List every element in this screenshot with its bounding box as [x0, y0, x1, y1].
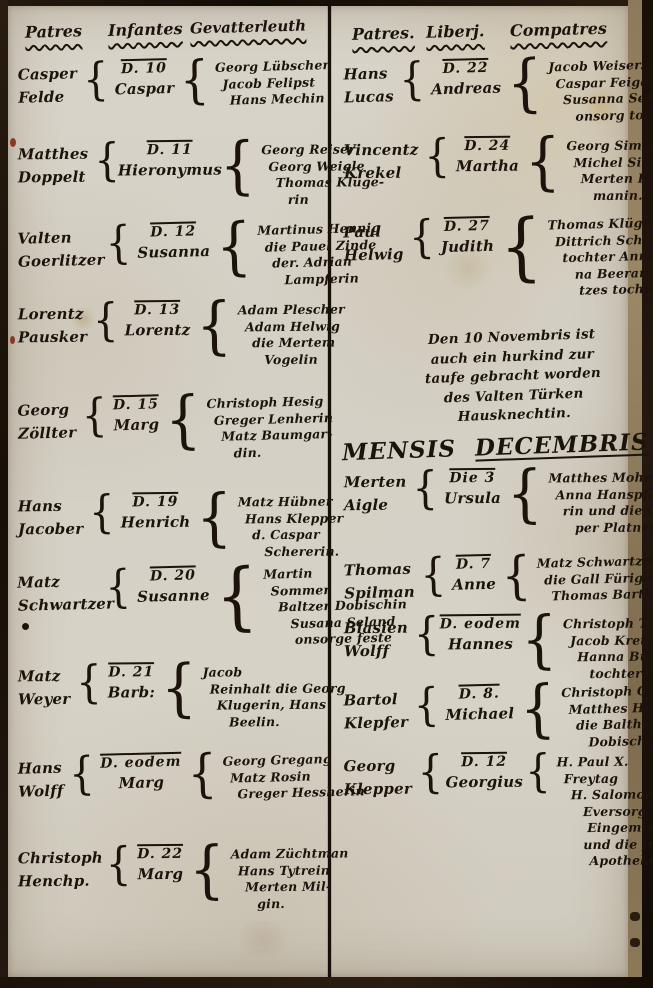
godparent-line: Jacob Kretschmer	[570, 632, 653, 650]
godparent-line: rin und die Cas-	[563, 502, 653, 520]
left-register-column: Patres Infantes Gevatterleuth Casper Fel…	[14, 6, 326, 977]
child-name: Marg	[118, 773, 164, 792]
godparent-line: d. Caspar	[252, 526, 344, 543]
godparents: JacobReinhalt die GeorgKlugerin, HansBee…	[202, 662, 346, 730]
brace: {	[81, 395, 107, 436]
godparents: Christoph HesigGreger LenherinMatz Baumg…	[206, 392, 334, 462]
column-header-liberi: Liberj.	[426, 21, 485, 42]
child-name: Martha	[456, 157, 519, 176]
brace: {	[106, 844, 132, 885]
register-entry: Hans Wolff { D. eodem Marg { Georg Grega…	[17, 750, 324, 808]
godparent-line: Eversorg	[583, 803, 653, 820]
book-edge-left	[0, 0, 8, 988]
column-header-patres: Patres	[25, 21, 82, 41]
register-entry: Georg Klepper { D. 12 Georgius { H. Paul…	[343, 753, 626, 872]
godparent-line: Christoph Girth	[561, 682, 653, 702]
register-entry: Paul Helwig { D. 27 Judith { Thomas Klüg…	[343, 215, 627, 305]
entry-date: D. 13	[134, 302, 180, 318]
godparent-line: Christoph Titr.	[563, 615, 653, 633]
entry-date: D. 22	[137, 846, 183, 862]
godparent-line: Reinhalt die Georg	[210, 680, 346, 698]
brace: {	[525, 751, 551, 792]
godparent-line: Merten Mil-	[245, 878, 349, 895]
godparent-line: Vogelin	[264, 351, 345, 368]
brace: {	[399, 59, 425, 100]
register-entry: Matz Schwartzer { D. 20 Susanne { Martin…	[17, 564, 325, 655]
godparent-line: Matthes Mohe	[548, 469, 653, 487]
brace: {	[525, 134, 561, 191]
godparent-line: Beelin.	[229, 713, 346, 731]
godparent-line: Susanna Selbds	[563, 89, 653, 108]
godparents: Georg SimonMichel SimoninMerten Pilger-m…	[566, 136, 653, 204]
father-name: Paul Helwig	[343, 220, 404, 266]
register-entry: Thomas Spilman { D. 7 Anne { Matz Schwar…	[343, 553, 626, 610]
father-name: Christoph Henchp.	[18, 847, 100, 893]
child-name: Barb:	[108, 683, 155, 701]
register-entry: Christoph Henchp. { D. 22 Marg { Adam Zü…	[18, 845, 325, 915]
godparent-line: Dobischin.	[588, 732, 653, 751]
child-name: Susanne	[137, 586, 210, 606]
father-name: Vincentz Krekel	[344, 139, 419, 185]
father-name: Valten Goerlitzer	[17, 226, 100, 273]
brace: {	[69, 754, 95, 795]
entry-date: D. 19	[132, 494, 178, 510]
brace: {	[506, 56, 543, 113]
godparent-line: Schererin.	[264, 543, 344, 560]
brace: {	[89, 492, 115, 533]
brace: {	[94, 140, 120, 181]
brace: {	[418, 752, 444, 793]
godparents: Matthes MoheAnna Hanspfarre-rin und die …	[548, 468, 653, 536]
column-header-compatres: Compatres	[510, 19, 607, 41]
father-name: Lorentz Pausker	[18, 303, 88, 349]
child-name: Hieronymus	[118, 161, 222, 180]
godparent-line: Eingemischt	[587, 819, 653, 836]
godparents: Adam PlescherAdam Helwigdie MertemVogeli…	[238, 300, 346, 368]
brace: {	[412, 468, 438, 509]
brace: {	[187, 750, 217, 797]
book-edge-bottom	[0, 977, 653, 988]
column-header-infantes: Infantes	[108, 19, 183, 40]
child-name: Andreas	[431, 79, 501, 99]
father-name: Georg Zöllter	[17, 398, 76, 444]
entry-date: D. 20	[150, 567, 196, 584]
register-entry: Blasien Wolff { D. eodem Hannes { Christ…	[344, 615, 627, 684]
godparent-line: Jacob	[202, 663, 345, 681]
brace: {	[76, 662, 102, 703]
brace: {	[165, 392, 202, 449]
brace: {	[105, 567, 131, 608]
month-heading-word: MENSIS	[342, 435, 457, 466]
brace: {	[424, 136, 450, 177]
edge-mark	[630, 938, 640, 947]
register-entry: Matz Weyer { D. 21 Barb: { JacobReinhalt…	[18, 663, 325, 733]
father-name: Blasien Wolff	[344, 617, 408, 663]
godparent-line: die Mertem	[252, 334, 345, 351]
entry-date: D. 27	[444, 218, 490, 235]
brace: {	[519, 681, 556, 738]
brace: {	[215, 219, 252, 276]
brace: {	[161, 661, 197, 718]
godparent-line: tochter Anna. Rosi-	[562, 246, 653, 266]
godparent-line: din.	[234, 443, 335, 462]
brace: {	[499, 213, 543, 281]
register-entry: Lorentz Pausker { D. 13 Lorentz { Adam P…	[18, 301, 325, 371]
register-entry: Merten Aigle { Die 3 Ursula { Matthes Mo…	[344, 469, 627, 538]
godparents: Adam ZüchtmanHans TytreinMerten Mil-gin.	[231, 844, 349, 912]
brace: {	[179, 57, 209, 104]
godparents: Thomas KlügerDittrich Schlitterstochter …	[547, 212, 653, 300]
column-header-godparents: Gevatterleuth	[190, 16, 307, 37]
godparent-line: onsorg tochter	[575, 106, 653, 125]
right-register-column: Patres. Liberj. Compatres Hans Lucas { D…	[338, 6, 628, 977]
godparent-line: Hans Mechin	[230, 90, 331, 109]
godparents: Matz Schwartzerdie Gall FüriginThomas Ba…	[537, 551, 653, 605]
godparents: H. Paul X.FreytagH. SalomonEversorgEinge…	[557, 752, 653, 870]
entry-date: D. 10	[121, 60, 167, 77]
entry-date: D. 15	[113, 396, 159, 413]
father-name: Hans Wolff	[17, 757, 63, 803]
register-entry: Hans Jacober { D. 19 Henrich { Matz Hübn…	[18, 493, 325, 563]
entry-date: D. 7	[456, 556, 492, 573]
godparent-line: Adam Plescher	[238, 301, 345, 318]
november-note: Den 10 Novembris istauch ein hurkind zur…	[392, 324, 633, 430]
godparent-line: Thomas Barthgen.	[551, 585, 653, 605]
father-name: Georg Klepper	[343, 755, 411, 801]
register-entry: Matthes Doppelt { D. 11 Hieronymus { Geo…	[18, 141, 325, 211]
register-entry: Valten Goerlitzer { D. 12 Susanna { Mart…	[17, 220, 325, 294]
godparent-line: Adam Züchtman	[231, 845, 349, 863]
edge-mark	[630, 912, 640, 921]
godparent-line: tzes tochter.	[579, 279, 653, 299]
godparent-line: tochters tochter.	[589, 665, 653, 683]
brace: {	[413, 685, 439, 726]
entry-date: D. eodem	[440, 616, 521, 633]
child-name: Ursula	[444, 489, 501, 507]
godparent-line: H. Salomon	[571, 786, 653, 803]
godparent-line: Hans Tytrein	[238, 862, 349, 879]
manuscript-page: Patres Infantes Gevatterleuth Casper Fel…	[8, 6, 628, 977]
father-name: Matz Weyer	[18, 665, 71, 710]
godparent-line: Apothekerin.	[589, 852, 653, 869]
godparent-line: Adam Helwig	[245, 318, 345, 335]
godparents: Christoph Titr.Jacob KretschmerHanna Bur…	[563, 614, 653, 682]
register-entry: Bartol Klepfer { D. 8. Michael { Christo…	[343, 683, 627, 757]
entry-date: Die 3	[449, 470, 495, 486]
register-entry: Casper Felde { D. 10 Caspar { Georg Lübs…	[17, 56, 324, 114]
godparent-line: Matz Hübner	[238, 493, 344, 510]
register-entry: Vincentz Krekel { D. 24 Martha { Georg S…	[344, 137, 627, 206]
entry-date: D. 22	[442, 60, 488, 77]
brace: {	[501, 552, 531, 599]
brace: {	[83, 59, 109, 100]
godparent-line: Freytag	[564, 770, 653, 788]
godparent-line: Michel Simonin	[574, 154, 653, 171]
godparent-line: Anna Hanspfarre-	[556, 486, 653, 504]
child-name: Susanna	[137, 242, 210, 262]
register-entry: Georg Zöllter { D. 15 Marg { Christoph H…	[17, 392, 325, 466]
godparent-line: Hans Klepper	[245, 510, 344, 527]
godparent-line: Dittrich Schlitters	[555, 230, 653, 250]
father-name: Merten Aigle	[344, 471, 407, 517]
godparent-line: per Platnerin.	[575, 519, 653, 536]
register-entry: Hans Lucas { D. 22 Andreas { Jacob Weise…	[343, 57, 627, 131]
entry-date: D. 8.	[459, 686, 500, 703]
month-heading-word: DECEMBRIS	[475, 429, 650, 462]
child-name: Marg	[113, 415, 159, 434]
godparent-line: Matthes Hubner	[568, 699, 653, 718]
godparent-line: und die fraw	[583, 836, 653, 853]
godparent-line: Klugerin, Hans	[217, 696, 346, 714]
brace: {	[220, 138, 256, 195]
godparent-line: Merten Pilger-	[581, 170, 653, 187]
month-heading: MENSIS DECEMBRIS	[342, 429, 643, 466]
godparents: Georg LübscherJacob FelipstHans Mechin	[215, 56, 331, 109]
godparents: Christoph GirthMatthes Hubnerdie Balthas…	[561, 681, 653, 751]
brace: {	[196, 298, 232, 355]
godparent-line: Georg Simon	[566, 137, 653, 155]
child-name: Georgius	[446, 773, 524, 792]
child-name: Hannes	[448, 635, 513, 654]
brace: {	[420, 555, 446, 596]
entry-date: D. 12	[461, 754, 507, 770]
entry-date: D. 11	[147, 142, 193, 158]
brace: {	[105, 223, 131, 264]
brace: {	[196, 490, 232, 547]
father-name: Matz Schwartzer	[17, 570, 100, 617]
godparent-line: H. Paul X.	[557, 753, 653, 771]
father-name: Casper Felde	[17, 62, 77, 108]
brace: {	[189, 843, 225, 900]
godparent-line: gin.	[257, 895, 349, 912]
child-name: Henrich	[121, 513, 191, 532]
brace: {	[93, 300, 119, 341]
column-header-patres: Patres.	[352, 23, 415, 44]
entry-date: D. 21	[108, 664, 154, 680]
godparent-line: manin.	[593, 187, 653, 204]
brace: {	[507, 466, 543, 523]
brace: {	[521, 612, 557, 669]
godparent-line: na Beerart Schwar-	[575, 263, 653, 283]
child-name: Marg	[137, 865, 183, 883]
godparent-line: Hanna Burkhart	[577, 648, 653, 666]
father-name: Hans Jacober	[18, 495, 84, 541]
child-name: Anne	[452, 575, 496, 594]
entry-date: D. 12	[150, 223, 196, 240]
brace: {	[414, 614, 440, 655]
child-name: Lorentz	[125, 321, 191, 340]
brace: {	[215, 562, 259, 630]
godparent-line: die Balthasar	[576, 715, 653, 734]
father-name: Thomas Spilman	[343, 558, 415, 605]
child-name: Michael	[445, 704, 514, 724]
father-name: Bartol Klepfer	[343, 688, 408, 735]
child-name: Judith	[441, 237, 495, 256]
brace: {	[409, 217, 435, 258]
father-name: Matthes Doppelt	[18, 143, 89, 189]
godparents: Matz HübnerHans Klepperd. CasparSchereri…	[238, 492, 344, 560]
entry-date: D. 24	[464, 138, 510, 154]
father-name: Hans Lucas	[343, 62, 394, 108]
child-name: Caspar	[115, 79, 175, 98]
entry-date: D. eodem	[100, 754, 182, 772]
godparents: Jacob Weiser.Caspar FeigeSusanna Selbdso…	[548, 55, 653, 125]
